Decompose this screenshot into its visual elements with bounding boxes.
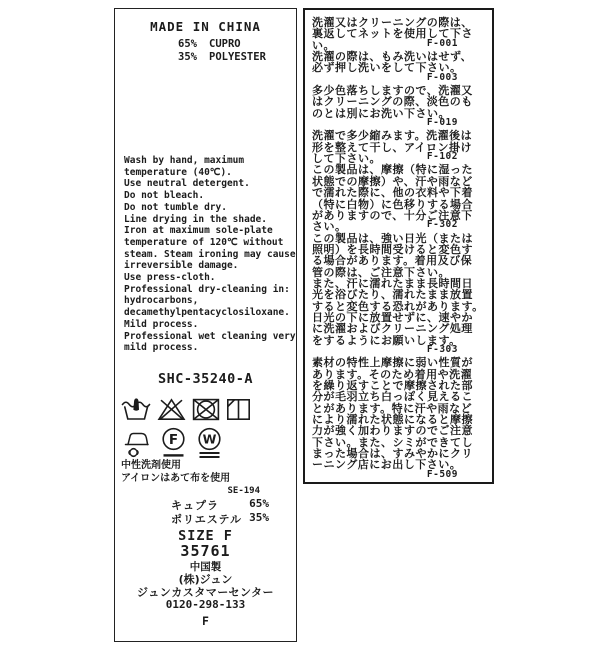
care-en-line: Do not bleach.: [124, 190, 294, 202]
care-note-line: 照明）を長時間受けると変色す: [312, 242, 488, 253]
care-note-line: F-509: [312, 469, 488, 480]
care-note-line: をするようにお願いします。: [312, 333, 488, 344]
composition-jp-percent: 35%: [249, 511, 269, 524]
composition-material: CUPRO: [209, 38, 241, 51]
care-notes-jp-lines: 洗濯又はクリーニングの際は、 裏返してネットを使用して下さ い。 F-001 洗…: [305, 10, 492, 482]
item-number: 35761: [115, 542, 296, 560]
care-note-line: また、汗に濡れたまま長時間日: [312, 276, 488, 287]
composition-jp-material: ポリエステル: [171, 511, 242, 527]
care-en-line: Professional dry-cleaning in:: [124, 284, 294, 296]
care-en-line: Professional wet cleaning very: [124, 331, 294, 343]
care-note-line: を繰り返すことで摩擦された部: [312, 378, 488, 389]
care-note-line: い。 F-001: [312, 38, 488, 49]
iron-press-cloth-icon: [123, 427, 150, 459]
care-note-line: すると変色する恐れがあります。: [312, 299, 488, 310]
line-dry-in-shade-icon: [226, 398, 251, 421]
care-note-line: 形を整えて干し、アイロン掛け: [312, 140, 488, 151]
care-note-line: 状態での摩擦）や、汗や雨など: [312, 174, 488, 185]
customer-center-phone: 0120-298-133: [115, 598, 296, 611]
care-note-line: F-003: [312, 72, 488, 83]
care-note-line: に洗濯およびクリーニング処理: [312, 321, 488, 332]
hand-wash-icon: [121, 397, 151, 421]
care-note-line: がありますので、十分ご注意下: [312, 208, 488, 219]
care-note-line: この製品は、強い日光（または: [312, 231, 488, 242]
do-not-tumble-dry-icon: [192, 398, 220, 421]
care-en-line: temperature of 120℃ without: [124, 237, 294, 249]
care-en-line: irreversible damage.: [124, 260, 294, 272]
care-en-line: Line drying in the shade.: [124, 214, 294, 226]
care-note-line: さい。 F-302: [312, 219, 488, 230]
footer-mark: F: [115, 614, 296, 628]
care-en-line: Mild process.: [124, 319, 294, 331]
care-note-code: F-001: [427, 38, 458, 49]
care-note-line: 洗濯で多少縮みます。洗濯後は: [312, 128, 488, 139]
care-note-code: F-302: [427, 219, 458, 230]
care-note-line: 日光の下に放置せずに、速やか: [312, 310, 488, 321]
care-note-code: F-102: [427, 151, 458, 162]
care-note-line: 洗濯の際は、もみ洗いはせず、: [312, 49, 488, 60]
care-note-line: F-019: [312, 117, 488, 128]
dry-clean-f-mild-icon: F: [161, 427, 186, 459]
wet-clean-w-very-mild-icon: W: [197, 427, 222, 459]
composition-jp-list: キュプラ 65% ポリエステル 35%: [115, 497, 296, 524]
care-notes-panel-right: 洗濯又はクリーニングの際は、 裏返してネットを使用して下さ い。 F-001 洗…: [303, 8, 494, 484]
care-note-line: あります。そのため着用や洗濯: [312, 367, 488, 378]
care-note-line: して下さい。 F-102: [312, 151, 488, 162]
composition-jp-percent: 65%: [249, 497, 269, 510]
svg-text:F: F: [169, 432, 178, 448]
care-note-line: 多少色落ちしますので、洗濯又: [312, 83, 488, 94]
care-note-line: 分が毛羽立ち白っぽく見えるこ: [312, 389, 488, 400]
composition-jp-row: ポリエステル 35%: [115, 511, 296, 525]
care-note-line: で濡れた際に、他の衣料や下着: [312, 185, 488, 196]
composition-material: POLYESTER: [209, 51, 266, 64]
svg-text:W: W: [203, 432, 217, 447]
do-not-bleach-icon: [157, 398, 186, 421]
composition-percent: 35%: [115, 51, 197, 64]
care-en-line: Use neutral detergent.: [124, 178, 294, 190]
care-en-line: Do not tumble dry.: [124, 202, 294, 214]
care-note-line: F-303: [312, 344, 488, 355]
care-note-line: 力が強く加わりますのでご注意: [312, 423, 488, 434]
care-note-line: （特に白物）に色移りする場合: [312, 197, 488, 208]
care-note-line: はクリーニングの際、淡色のも: [312, 94, 488, 105]
composition-jp-row: キュプラ 65%: [115, 497, 296, 511]
care-note-line: 管の際は、ご注意下さい。: [312, 265, 488, 276]
care-en-line: Wash by hand, maximum: [124, 155, 294, 167]
composition-percent: 65%: [115, 38, 197, 51]
care-note-code: F-509: [427, 469, 458, 480]
care-note-line: 裏返してネットを使用して下さ: [312, 26, 488, 37]
care-en-line: hydrocarbons,: [124, 295, 294, 307]
care-instructions-en: Wash by hand, maximum temperature (40℃).…: [124, 155, 294, 354]
care-note-line: 素材の特性上摩擦に弱い性質が: [312, 355, 488, 366]
care-symbols-row-2: F W: [123, 427, 222, 459]
care-note-code: F-303: [427, 344, 458, 355]
care-notes-jp: 中性洗剤使用 アイロンはあて布を使用: [121, 459, 230, 485]
care-note-code: F-019: [427, 117, 458, 128]
care-en-line: Use press-cloth.: [124, 272, 294, 284]
composition-en-row: 65% CUPRO: [115, 38, 296, 51]
care-note-line: のとは別にお洗い下さい。: [312, 106, 488, 117]
care-note-line: ーニング店にお出し下さい。: [312, 457, 488, 468]
origin-heading: MADE IN CHINA: [115, 19, 296, 34]
care-note-jp-line: 中性洗剤使用: [121, 459, 230, 472]
care-en-line: Iron at maximum sole-plate: [124, 225, 294, 237]
care-note-jp-line: アイロンはあて布を使用: [121, 472, 230, 485]
care-label-sheet: MADE IN CHINA 65% CUPRO 35% POLYESTER Wa…: [0, 0, 600, 650]
care-note-line: まった場合は、すみやかにクリ: [312, 446, 488, 457]
composition-en-row: 35% POLYESTER: [115, 51, 296, 64]
care-en-line: temperature (40℃).: [124, 167, 294, 179]
care-en-line: steam. Steam ironing may cause: [124, 249, 294, 261]
care-label-panel-left: MADE IN CHINA 65% CUPRO 35% POLYESTER Wa…: [114, 8, 297, 642]
care-note-code: F-003: [427, 72, 458, 83]
care-en-line: decamethylpentacyclosiloxane.: [124, 307, 294, 319]
care-note-line: この製品は、摩擦（特に湿った: [312, 162, 488, 173]
composition-en-list: 65% CUPRO 35% POLYESTER: [115, 38, 296, 63]
care-note-line: 洗濯又はクリーニングの際は、: [312, 15, 488, 26]
product-code: SHC-35240-A: [115, 371, 296, 387]
care-note-line: 下さい。また、シミができてし: [312, 435, 488, 446]
care-note-line: 光を浴びたり、濡れたまま放置: [312, 287, 488, 298]
care-note-line: により濡れた状態になると摩擦: [312, 412, 488, 423]
care-note-line: る場合があります。着用及び保: [312, 253, 488, 264]
care-symbols-row-1: [121, 397, 251, 421]
care-en-line: mild process.: [124, 342, 294, 354]
care-note-line: 必ず押し洗いをして下さい。: [312, 60, 488, 71]
care-note-line: とがあります。特に汗や雨など: [312, 401, 488, 412]
ref-code: SE-194: [227, 486, 260, 496]
